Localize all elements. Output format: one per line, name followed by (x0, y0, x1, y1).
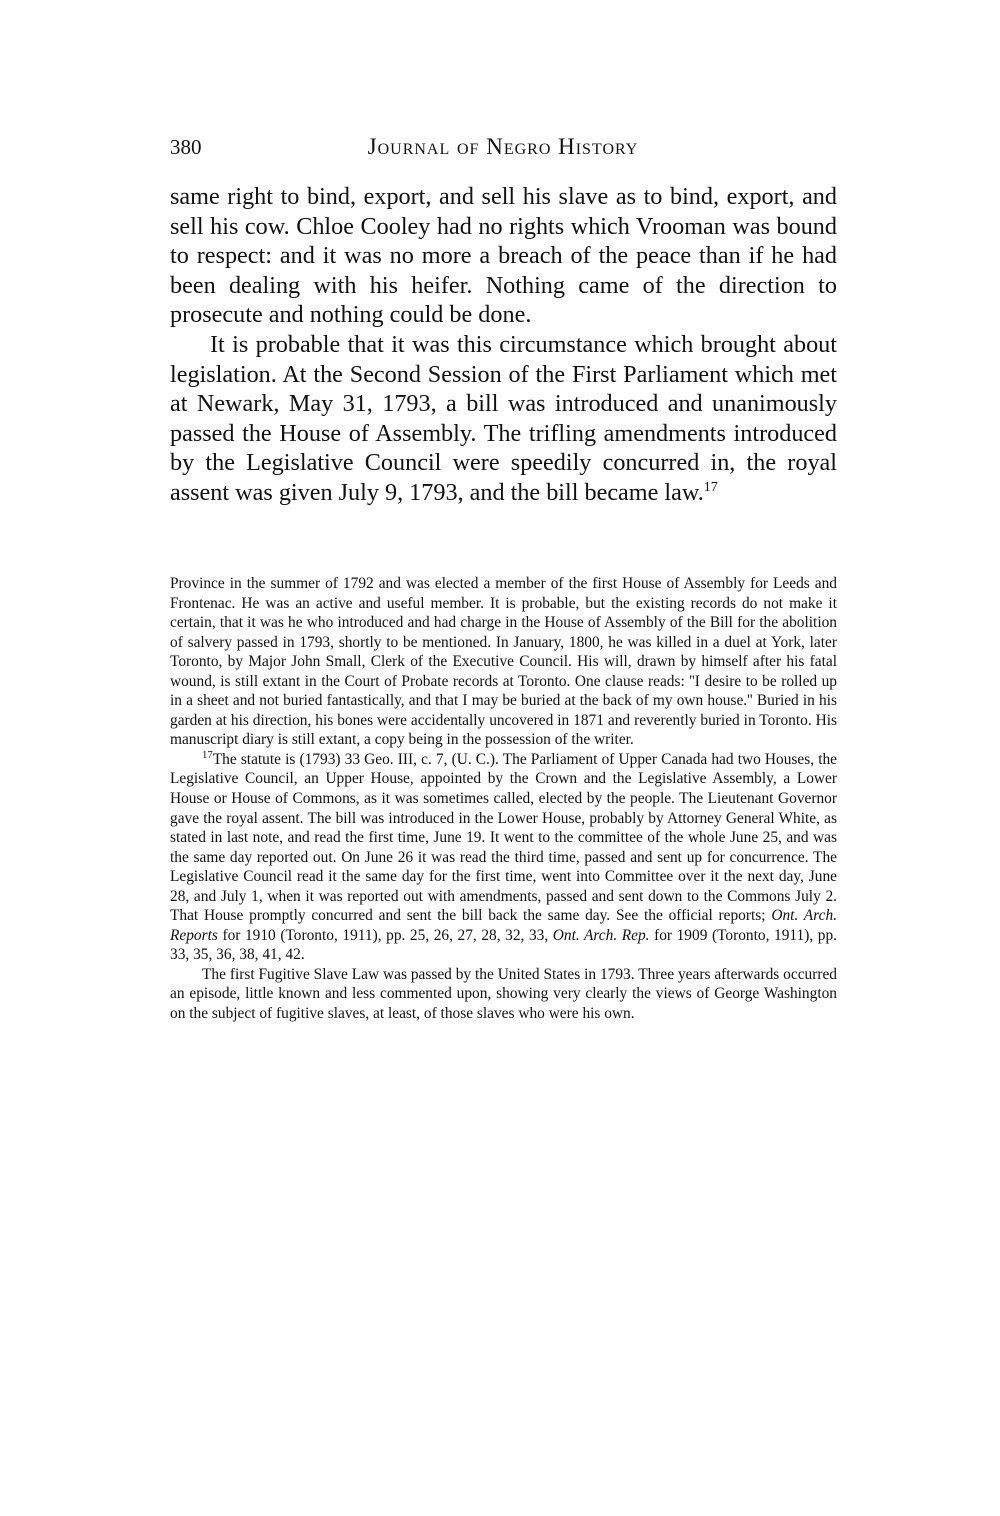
closing-paragraph: The first Fugitive Slave Law was passed … (170, 965, 837, 1024)
footnotes-section: Province in the summer of 1792 and was e… (170, 574, 837, 1024)
running-head: Journal of Negro History (168, 131, 838, 163)
footnote-text: for 1910 (Toronto, 1911), pp. 25, 26, 27… (218, 927, 553, 944)
citation-title: Ont. Arch. Rep. (553, 927, 650, 944)
body-paragraph: same right to bind, export, and sell his… (170, 182, 837, 330)
page-header: 380 Journal of Negro History (168, 131, 838, 163)
footnote-reference[interactable]: 17 (704, 479, 718, 495)
paragraph-text: same right to bind, export, and sell his… (170, 183, 837, 328)
footnote-continued: Province in the summer of 1792 and was e… (170, 574, 837, 750)
footnote-marker: 17 (202, 749, 213, 761)
paragraph-text: It is probable that it was this circumst… (170, 331, 837, 506)
body-paragraph: It is probable that it was this circumst… (170, 330, 837, 508)
footnote-17: 17The statute is (1793) 33 Geo. III, c. … (170, 750, 837, 965)
main-text: same right to bind, export, and sell his… (170, 182, 837, 508)
footnote-text: The statute is (1793) 33 Geo. III, c. 7,… (170, 751, 837, 924)
document-page: 380 Journal of Negro History same right … (0, 0, 1000, 1516)
